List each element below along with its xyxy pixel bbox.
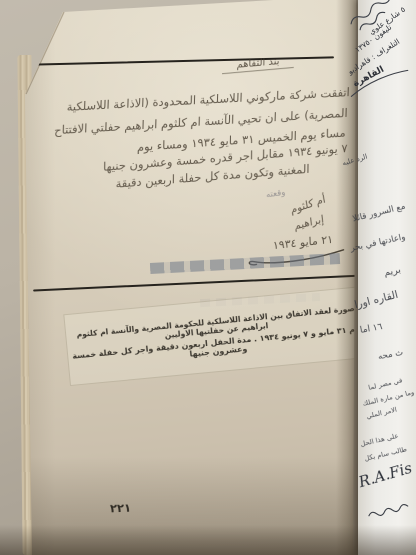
signature-label: وقعته bbox=[265, 188, 286, 201]
page-number: ٢٢١ bbox=[110, 501, 132, 516]
photo-of-book-page: بند التفاهم اتفقت شركة ماركوني اللاسلكية… bbox=[0, 0, 416, 555]
book-bottom-shadow bbox=[0, 525, 416, 555]
document-heading: بند التفاهم bbox=[222, 55, 294, 74]
book-page: بند التفاهم اتفقت شركة ماركوني اللاسلكية… bbox=[22, 0, 356, 555]
caption-label: صورة لعقد الاتفاق بين الاذاعة اللاسلكية … bbox=[63, 286, 370, 386]
signature-name: إبراهيم bbox=[294, 213, 325, 232]
document-bottom-border bbox=[33, 275, 363, 292]
fold-crease bbox=[22, 0, 82, 106]
